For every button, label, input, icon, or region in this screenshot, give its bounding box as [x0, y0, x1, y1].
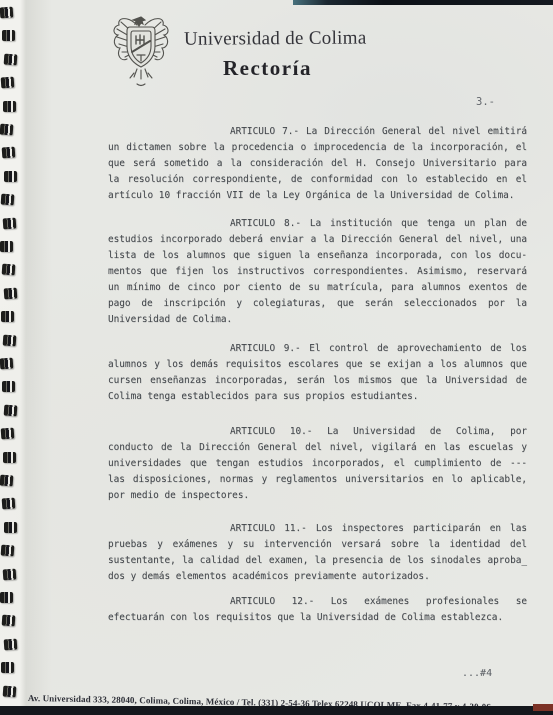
spiral-binding: [0, 0, 22, 715]
binding-hole: [2, 30, 15, 41]
binding-hole: [1, 77, 15, 89]
text-line: sustentante, la calidad del examen, la p…: [108, 553, 527, 569]
binding-hole: [1, 428, 15, 440]
scan-edge-top: [293, 0, 553, 5]
binding-hole: [1, 662, 14, 673]
binding-hole: [4, 53, 18, 65]
page-number: 3.-: [476, 96, 495, 108]
text-line: pruebas y exámenes y su intervención ver…: [108, 537, 527, 553]
binding-hole: [4, 638, 18, 650]
text-line: universidades que tengan estudios incorp…: [108, 456, 527, 472]
binding-hole: [0, 241, 13, 252]
scan-edge-bottom-red-mark: [533, 704, 553, 711]
text-line: que será sometido a la consideración del…: [108, 156, 527, 172]
text-line: cursen enseñanzas incorporadas, serán lo…: [108, 373, 527, 389]
text-line: ARTICULO 7.- La Dirección General del ni…: [108, 124, 527, 140]
binding-hole: [4, 287, 18, 299]
continuation-mark: ...#4: [462, 668, 492, 679]
text-line: artículo 10 fracción VII de la Ley Orgán…: [108, 188, 527, 204]
binding-hole: [3, 101, 16, 112]
text-line: conducto de la Dirección General del niv…: [108, 440, 527, 456]
text-line: Universidad de Colima.: [108, 312, 527, 328]
binding-hole: [1, 545, 15, 557]
binding-hole: [3, 568, 17, 580]
text-line: un dictamen sobre la procedencia o impro…: [108, 140, 527, 156]
text-line: un mínimo de cinco por ciento de su matr…: [108, 280, 527, 296]
university-crest-icon: [110, 10, 172, 92]
binding-hole: [0, 592, 13, 603]
university-name: Universidad de Colima: [184, 27, 414, 51]
text-line: lista de los alumnos que siguen la enseñ…: [108, 248, 527, 264]
binding-hole: [0, 358, 13, 370]
articulo-12: ARTICULO 12.- Los exámenes profesionales…: [108, 594, 527, 626]
text-line: Colima tenga establecidos para sus propi…: [108, 389, 527, 405]
text-line: efectuarán con los requisitos que la Uni…: [108, 610, 527, 626]
binding-hole: [3, 217, 17, 229]
text-line: ARTICULO 8.- La institución que tenga un…: [108, 216, 527, 232]
binding-hole: [1, 194, 15, 206]
text-line: ARTICULO 11.- Los inspectores participar…: [108, 521, 527, 537]
office-title: Rectoría: [223, 56, 312, 81]
binding-hole: [0, 7, 13, 19]
text-line: ARTICULO 9.- El control de aprovechamien…: [108, 341, 527, 357]
articulo-9: ARTICULO 9.- El control de aprovechamien…: [108, 341, 527, 405]
text-line: por medio de inspectores.: [108, 488, 527, 504]
text-line: la resolución correspondiente, de confor…: [108, 172, 527, 188]
text-line: estudios incorporado deberá enviar a la …: [108, 232, 527, 248]
binding-hole: [2, 498, 16, 510]
text-line: pago de inscripción y colegiaturas, que …: [108, 296, 527, 312]
binding-hole: [4, 404, 18, 416]
text-line: ARTICULO 10.- La Universidad de Colima, …: [108, 424, 527, 440]
binding-hole: [2, 381, 15, 392]
articulo-11: ARTICULO 11.- Los inspectores participar…: [108, 521, 527, 585]
articulo-7: ARTICULO 7.- La Dirección General del ni…: [108, 124, 527, 204]
binding-hole: [3, 334, 17, 346]
articulo-8: ARTICULO 8.- La institución que tenga un…: [108, 216, 527, 328]
binding-hole: [3, 452, 16, 463]
document-body: ARTICULO 7.- La Dirección General del ni…: [108, 124, 527, 638]
text-line: dos y demás elementos académicos previam…: [108, 569, 527, 585]
binding-hole: [0, 475, 13, 487]
binding-hole: [4, 522, 17, 533]
binding-hole: [2, 264, 16, 276]
binding-hole: [1, 311, 14, 322]
binding-hole: [4, 171, 17, 182]
scan-edge-bottom: [0, 706, 553, 715]
text-line: las disposiciones, normas y reglamentos …: [108, 472, 527, 488]
scanned-document-page: Universidad de Colima Rectoría 3.- ARTIC…: [0, 0, 553, 715]
binding-hole: [0, 124, 13, 136]
text-line: mentos que fijen los instructivos corres…: [108, 264, 527, 280]
articulo-10: ARTICULO 10.- La Universidad de Colima, …: [108, 424, 527, 504]
binding-hole: [2, 615, 16, 627]
binding-hole: [3, 685, 17, 697]
text-line: alumnos y los demás requisitos escolares…: [108, 357, 527, 373]
text-line: ARTICULO 12.- Los exámenes profesionales…: [108, 594, 527, 610]
binding-hole: [2, 147, 16, 159]
